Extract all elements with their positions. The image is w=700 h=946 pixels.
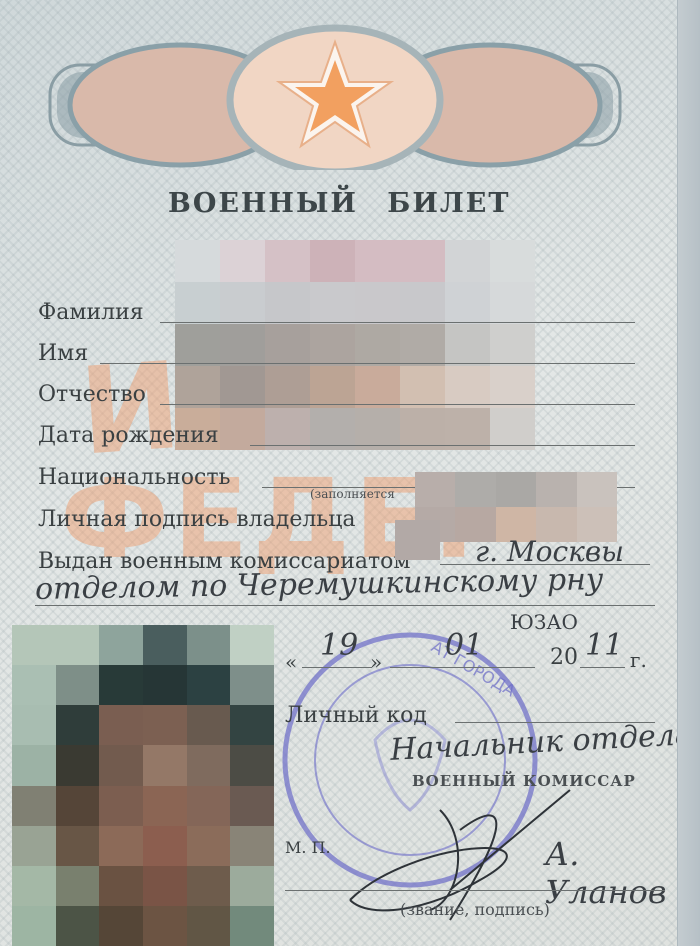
military-id-page: ИОСС ФЕДЕР ВОЕННЫЙ БИЛЕТ Фамилия Имя Отч… xyxy=(0,0,700,946)
star-emblem-icon xyxy=(45,20,625,170)
stamp-place-label: М. П. xyxy=(285,838,331,857)
page-edge xyxy=(677,0,700,946)
personal-code-label: Личный код xyxy=(285,703,427,728)
field-label-nationality: Национальность xyxy=(38,465,230,490)
redacted-block xyxy=(395,520,440,560)
field-line xyxy=(250,445,635,446)
field-line xyxy=(302,667,372,668)
field-label-birthdate: Дата рождения xyxy=(38,423,219,448)
field-label-patronymic: Отчество xyxy=(38,382,146,407)
date-open-quote: « xyxy=(285,650,297,674)
signature-line xyxy=(285,890,665,891)
date-month: 01 xyxy=(445,628,483,663)
signature-caption: (звание, подпись) xyxy=(400,900,550,919)
date-day: 19 xyxy=(320,628,358,663)
pixelated-photo xyxy=(12,625,274,946)
date-year: 11 xyxy=(585,628,623,663)
date-year-unit: г. xyxy=(630,648,647,672)
field-line xyxy=(100,363,635,364)
field-label-owner-signature: Личная подпись владельца xyxy=(38,507,356,532)
field-label-name: Имя xyxy=(38,341,88,366)
fill-note: (заполняется xyxy=(310,487,395,501)
document-title: ВОЕННЫЙ БИЛЕТ xyxy=(168,188,510,219)
field-line xyxy=(160,404,635,405)
date-close-quote: » xyxy=(370,650,382,674)
field-label-surname: Фамилия xyxy=(38,300,144,325)
field-line xyxy=(580,667,625,668)
date-year-prefix: 20 xyxy=(550,645,578,670)
field-line xyxy=(390,667,535,668)
field-line xyxy=(160,322,635,323)
redacted-signature-block xyxy=(415,472,617,542)
redacted-name-block xyxy=(175,240,535,450)
